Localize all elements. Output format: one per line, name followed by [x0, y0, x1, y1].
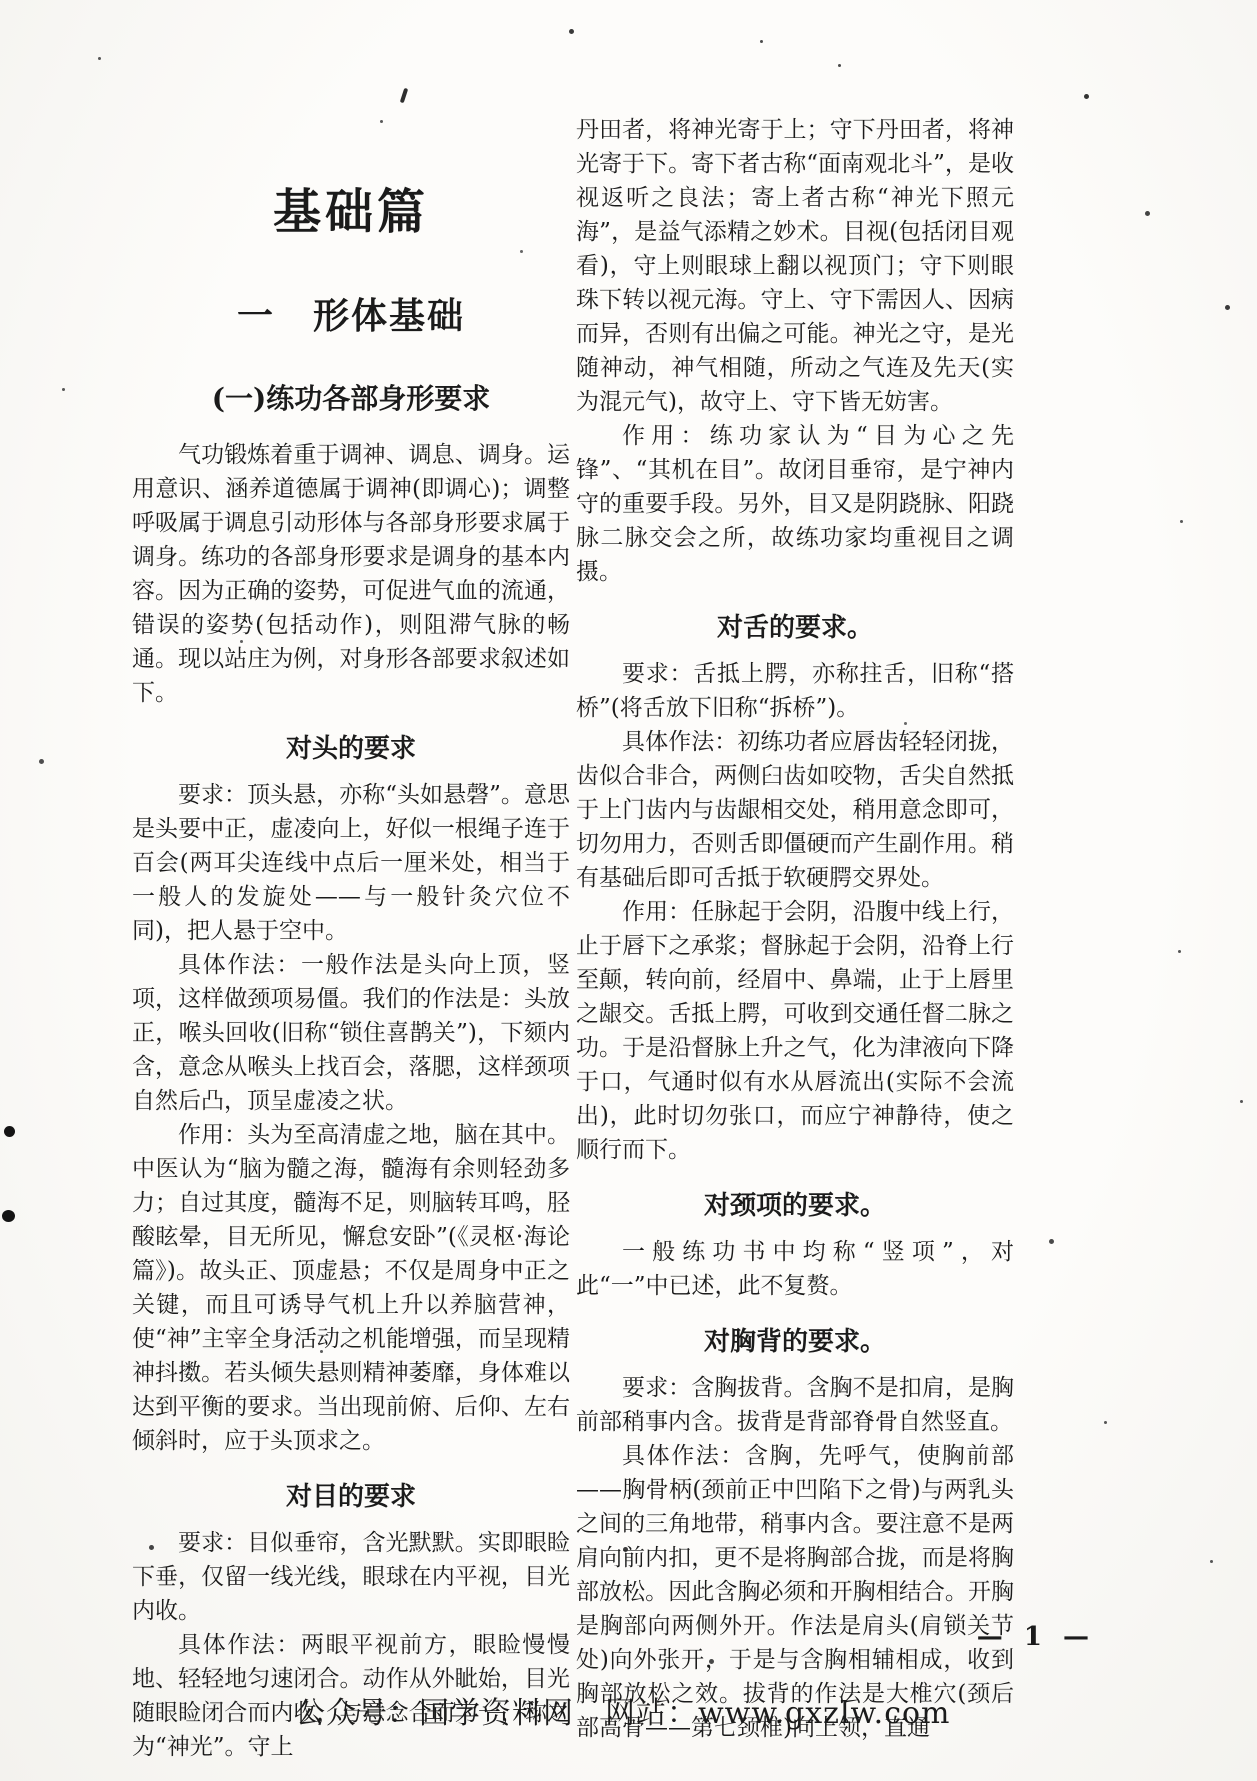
body-paragraph: 作用：头为至高清虚之地，脑在其中。中医认为“脑为髓之海，髓海有余则轻劲多力；自过… — [132, 1118, 570, 1458]
section-heading: (一)练功各部身形要求 — [132, 382, 570, 416]
subsection-heading: 对头的要求 — [132, 732, 570, 766]
scan-speckles — [0, 0, 3, 3]
pen-mark — [400, 88, 408, 104]
page-title: 基础篇 — [132, 186, 570, 238]
ink-blob — [2, 1210, 15, 1222]
body-paragraph: 一般练功书中均称“竖项”，对此“一”中已述，此不复赘。 — [576, 1235, 1014, 1303]
subsection-heading: 对舌的要求。 — [576, 611, 1014, 645]
body-paragraph: 要求：顶头悬，亦称“头如悬磬”。意思是头要中正，虚凌向上，好似一根绳子连于百会(… — [132, 778, 570, 948]
ink-blob — [4, 1126, 15, 1137]
body-paragraph: 具体作法：一般作法是头向上顶，竖项，这样做颈项易僵。我们的作法是：头放正，喉头回… — [132, 948, 570, 1118]
body-paragraph: 气功锻炼着重于调神、调息、调身。运用意识、涵养道德属于调神(即调心)；调整呼吸属… — [132, 438, 570, 710]
body-paragraph: 作用：练功家认为“目为心之先锋”、“其机在目”。故闭目垂帘，是宁神内守的重要手段… — [576, 419, 1014, 589]
page-number: — 1 — — [905, 1622, 1095, 1652]
subsection-heading: 对目的要求 — [132, 1480, 570, 1514]
body-paragraph: 要求：含胸拔背。含胸不是扣肩，是胸前部稍事内含。拔背是背部脊骨自然竖直。 — [576, 1371, 1014, 1439]
body-paragraph: 具体作法：初练功者应唇齿轻轻闭拢，齿似合非合，两侧臼齿如咬物，舌尖自然抵于上门齿… — [576, 725, 1014, 895]
scanned-page: 基础篇一 形体基础(一)练功各部身形要求气功锻炼着重于调神、调息、调身。运用意识… — [0, 0, 1257, 1781]
body-paragraph: 丹田者，将神光寄于上；守下丹田者，将神光寄于下。寄下者古称“面南观北斗”，是收视… — [576, 113, 1014, 419]
body-paragraph: 作用：任脉起于会阴，沿腹中线上行，止于唇下之承浆；督脉起于会阴，沿脊上行至颠，转… — [576, 895, 1014, 1167]
right-column: 丹田者，将神光寄于上；守下丹田者，将神光寄于下。寄下者古称“面南观北斗”，是收视… — [576, 113, 1014, 1745]
subsection-heading: 对颈项的要求。 — [576, 1189, 1014, 1223]
body-paragraph: 要求：目似垂帘，含光默默。实即眼睑下垂，仅留一线光线，眼球在内平视，目光内收。 — [132, 1526, 570, 1628]
chapter-heading: 一 形体基础 — [132, 294, 570, 338]
body-paragraph: 要求：舌抵上腭，亦称拄舌，旧称“搭桥”(将舌放下旧称“拆桥”)。 — [576, 657, 1014, 725]
footer-text: 公众号：国学资料网 网站：www.gxzlw.com — [295, 1688, 975, 1732]
left-column: 基础篇一 形体基础(一)练功各部身形要求气功锻炼着重于调神、调息、调身。运用意识… — [132, 186, 570, 1764]
subsection-heading: 对胸背的要求。 — [576, 1325, 1014, 1359]
